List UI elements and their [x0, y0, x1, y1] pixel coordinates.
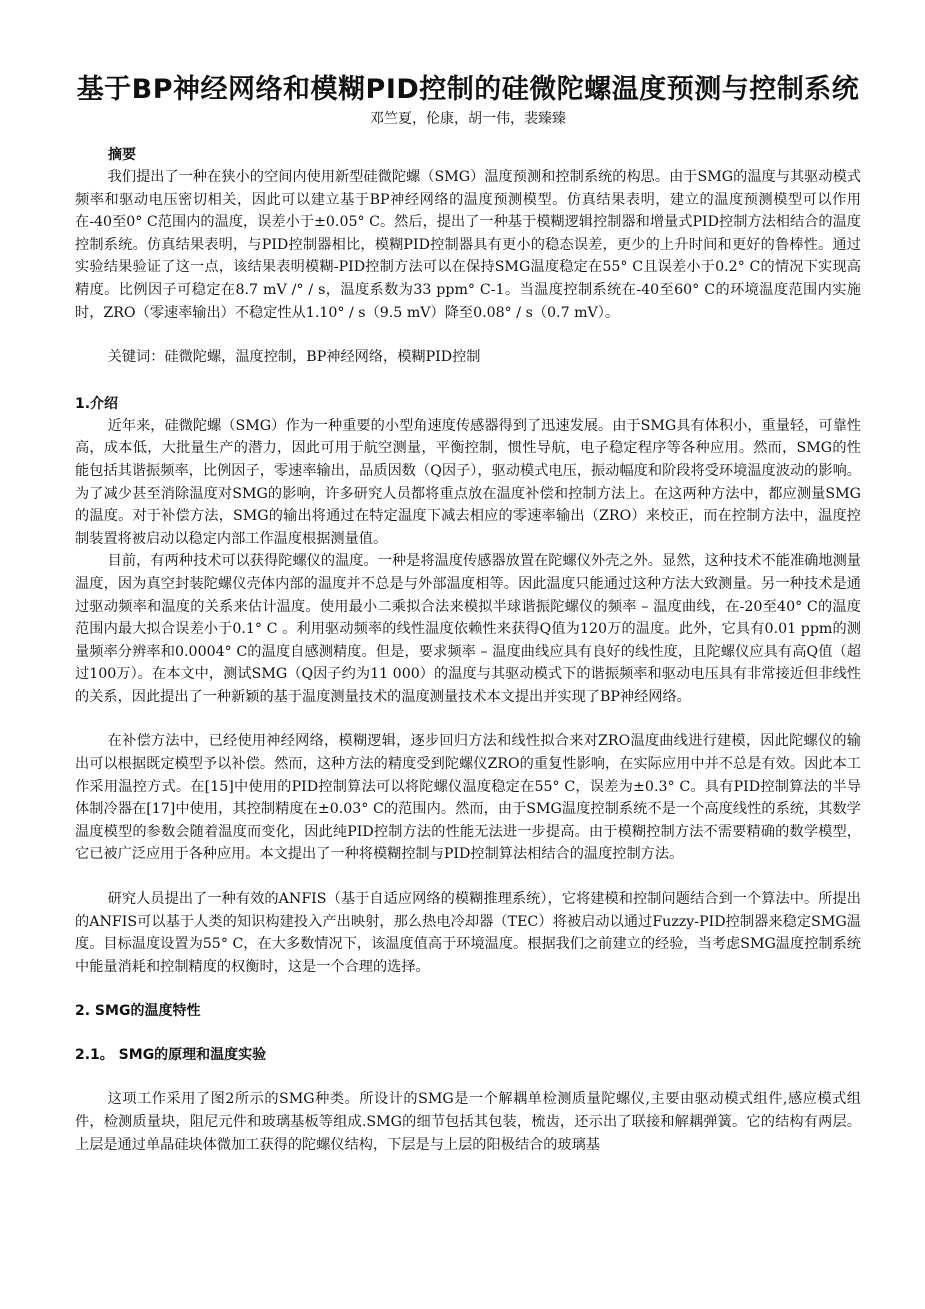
abstract-text: 我们提出了一种在狭小的空间内使用新型硅微陀螺（SMG）温度预测和控制系统的构思。… — [75, 166, 861, 324]
section2-paragraph-1: 这项工作采用了图2所示的SMG种类。所设计的SMG是一个解耦单检测质量陀螺仪,主… — [75, 1088, 861, 1156]
abstract-heading: 摘要 — [75, 144, 861, 166]
section-heading-introduction: 1.介绍 — [75, 393, 861, 415]
subsection-heading-principle: 2.1。 SMG的原理和温度实验 — [75, 1044, 861, 1066]
paragraph-spacer — [75, 866, 861, 888]
intro-paragraph-1: 近年来，硅微陀螺（SMG）作为一种重要的小型角速度传感器得到了迅速发展。由于SM… — [75, 415, 861, 551]
paragraph-spacer — [75, 708, 861, 730]
section-heading-temperature-characteristics: 2. SMG的温度特性 — [75, 1000, 861, 1022]
paper-page: 基于BP神经网络和模糊PID控制的硅微陀螺温度预测与控制系统 邓竺夏，伦康，胡一… — [75, 72, 861, 1156]
intro-paragraph-4: 研究人员提出了一种有效的ANFIS（基于自适应网络的模糊推理系统），它将建模和控… — [75, 888, 861, 978]
author-list: 邓竺夏，伦康，胡一伟，裴臻臻 — [75, 108, 861, 130]
intro-paragraph-3: 在补偿方法中，已经使用神经网络，模糊逻辑，逐步回归方法和线性拟合来对ZRO温度曲… — [75, 730, 861, 866]
paper-title: 基于BP神经网络和模糊PID控制的硅微陀螺温度预测与控制系统 — [75, 72, 861, 108]
keywords: 关键词：硅微陀螺，温度控制，BP神经网络，模糊PID控制 — [75, 346, 861, 369]
intro-paragraph-2: 目前，有两种技术可以获得陀螺仪的温度。一种是将温度传感器放置在陀螺仪外壳之外。显… — [75, 550, 861, 708]
